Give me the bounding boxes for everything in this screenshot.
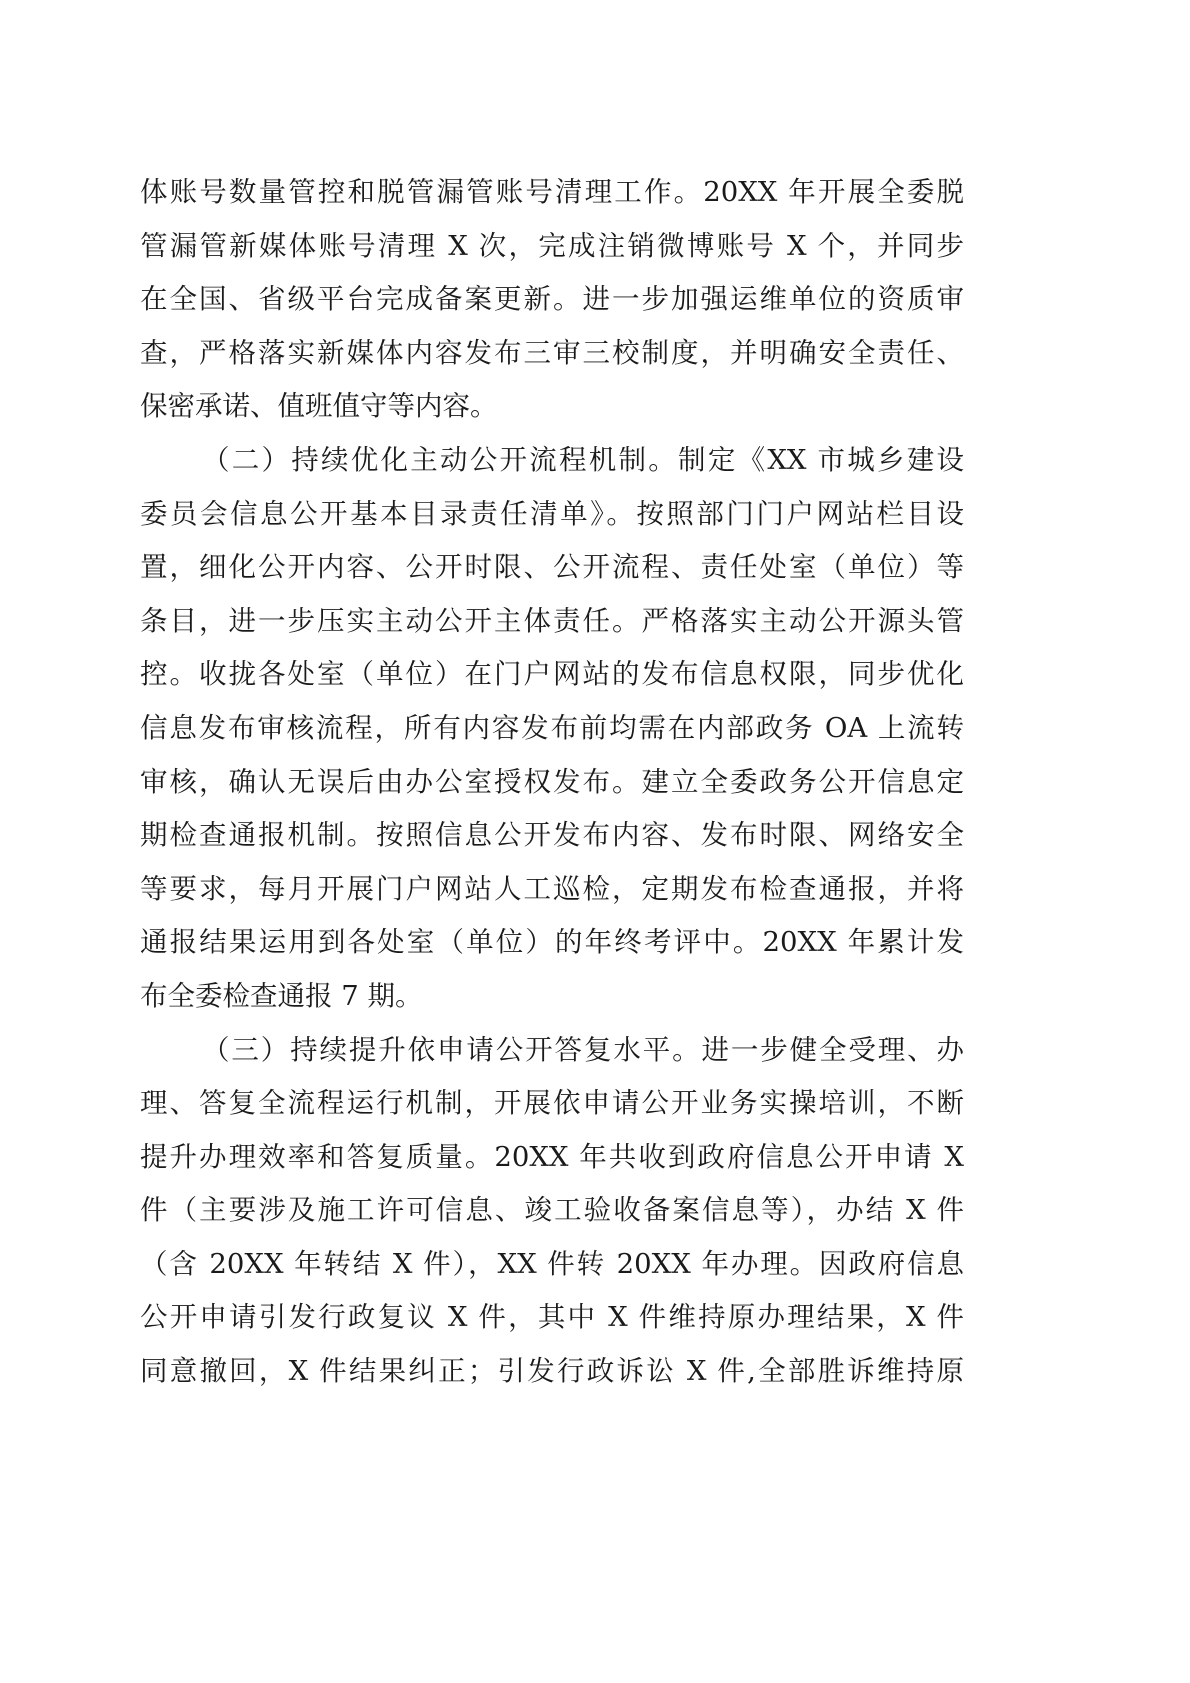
paragraph-section-2: （二）持续优化主动公开流程机制。制定《XX 市城乡建设 委员会信息公开基本目录责…: [140, 434, 964, 1024]
text-line: 等要求，每月开展门户网站人工巡检，定期发布检查通报，并将: [140, 863, 964, 917]
document-page: 体账号数量管控和脱管漏管账号清理工作。20XX 年开展全委脱 管漏管新媒体账号清…: [140, 166, 964, 1399]
text-line: 保密承诺、值班值守等内容。: [140, 380, 964, 434]
section-heading-line: （二）持续优化主动公开流程机制。制定《XX 市城乡建设: [140, 434, 964, 488]
text-line: 条目，进一步压实主动公开主体责任。严格落实主动公开源头管: [140, 595, 964, 649]
paragraph-section-3: （三）持续提升依申请公开答复水平。进一步健全受理、办 理、答复全流程运行机制，开…: [140, 1024, 964, 1399]
text-line: 审核，确认无误后由办公室授权发布。建立全委政务公开信息定: [140, 756, 964, 810]
text-line: 置，细化公开内容、公开时限、公开流程、责任处室（单位）等: [140, 541, 964, 595]
text-line: 查，严格落实新媒体内容发布三审三校制度，并明确安全责任、: [140, 327, 964, 381]
text-line: 在全国、省级平台完成备案更新。进一步加强运维单位的资质审: [140, 273, 964, 327]
text-line: 期检查通报机制。按照信息公开发布内容、发布时限、网络安全: [140, 809, 964, 863]
paragraph-account-management: 体账号数量管控和脱管漏管账号清理工作。20XX 年开展全委脱 管漏管新媒体账号清…: [140, 166, 964, 434]
section-heading-line: （三）持续提升依申请公开答复水平。进一步健全受理、办: [140, 1024, 964, 1078]
text-line: 控。收拢各处室（单位）在门户网站的发布信息权限，同步优化: [140, 648, 964, 702]
text-line: （含 20XX 年转结 X 件），XX 件转 20XX 年办理。因政府信息: [140, 1238, 964, 1292]
text-line: 公开申请引发行政复议 X 件，其中 X 件维持原办理结果，X 件: [140, 1291, 964, 1345]
text-line: 理、答复全流程运行机制，开展依申请公开业务实操培训，不断: [140, 1077, 964, 1131]
text-line: 同意撤回，X 件结果纠正；引发行政诉讼 X 件,全部胜诉维持原: [140, 1345, 964, 1399]
text-line: 委员会信息公开基本目录责任清单》。按照部门门户网站栏目设: [140, 488, 964, 542]
text-line: 提升办理效率和答复质量。20XX 年共收到政府信息公开申请 X: [140, 1131, 964, 1185]
text-line: 件（主要涉及施工许可信息、竣工验收备案信息等），办结 X 件: [140, 1184, 964, 1238]
text-line: 信息发布审核流程，所有内容发布前均需在内部政务 OA 上流转: [140, 702, 964, 756]
text-line: 布全委检查通报 7 期。: [140, 970, 964, 1024]
text-line: 通报结果运用到各处室（单位）的年终考评中。20XX 年累计发: [140, 916, 964, 970]
text-line: 体账号数量管控和脱管漏管账号清理工作。20XX 年开展全委脱: [140, 166, 964, 220]
text-line: 管漏管新媒体账号清理 X 次，完成注销微博账号 X 个，并同步: [140, 220, 964, 274]
